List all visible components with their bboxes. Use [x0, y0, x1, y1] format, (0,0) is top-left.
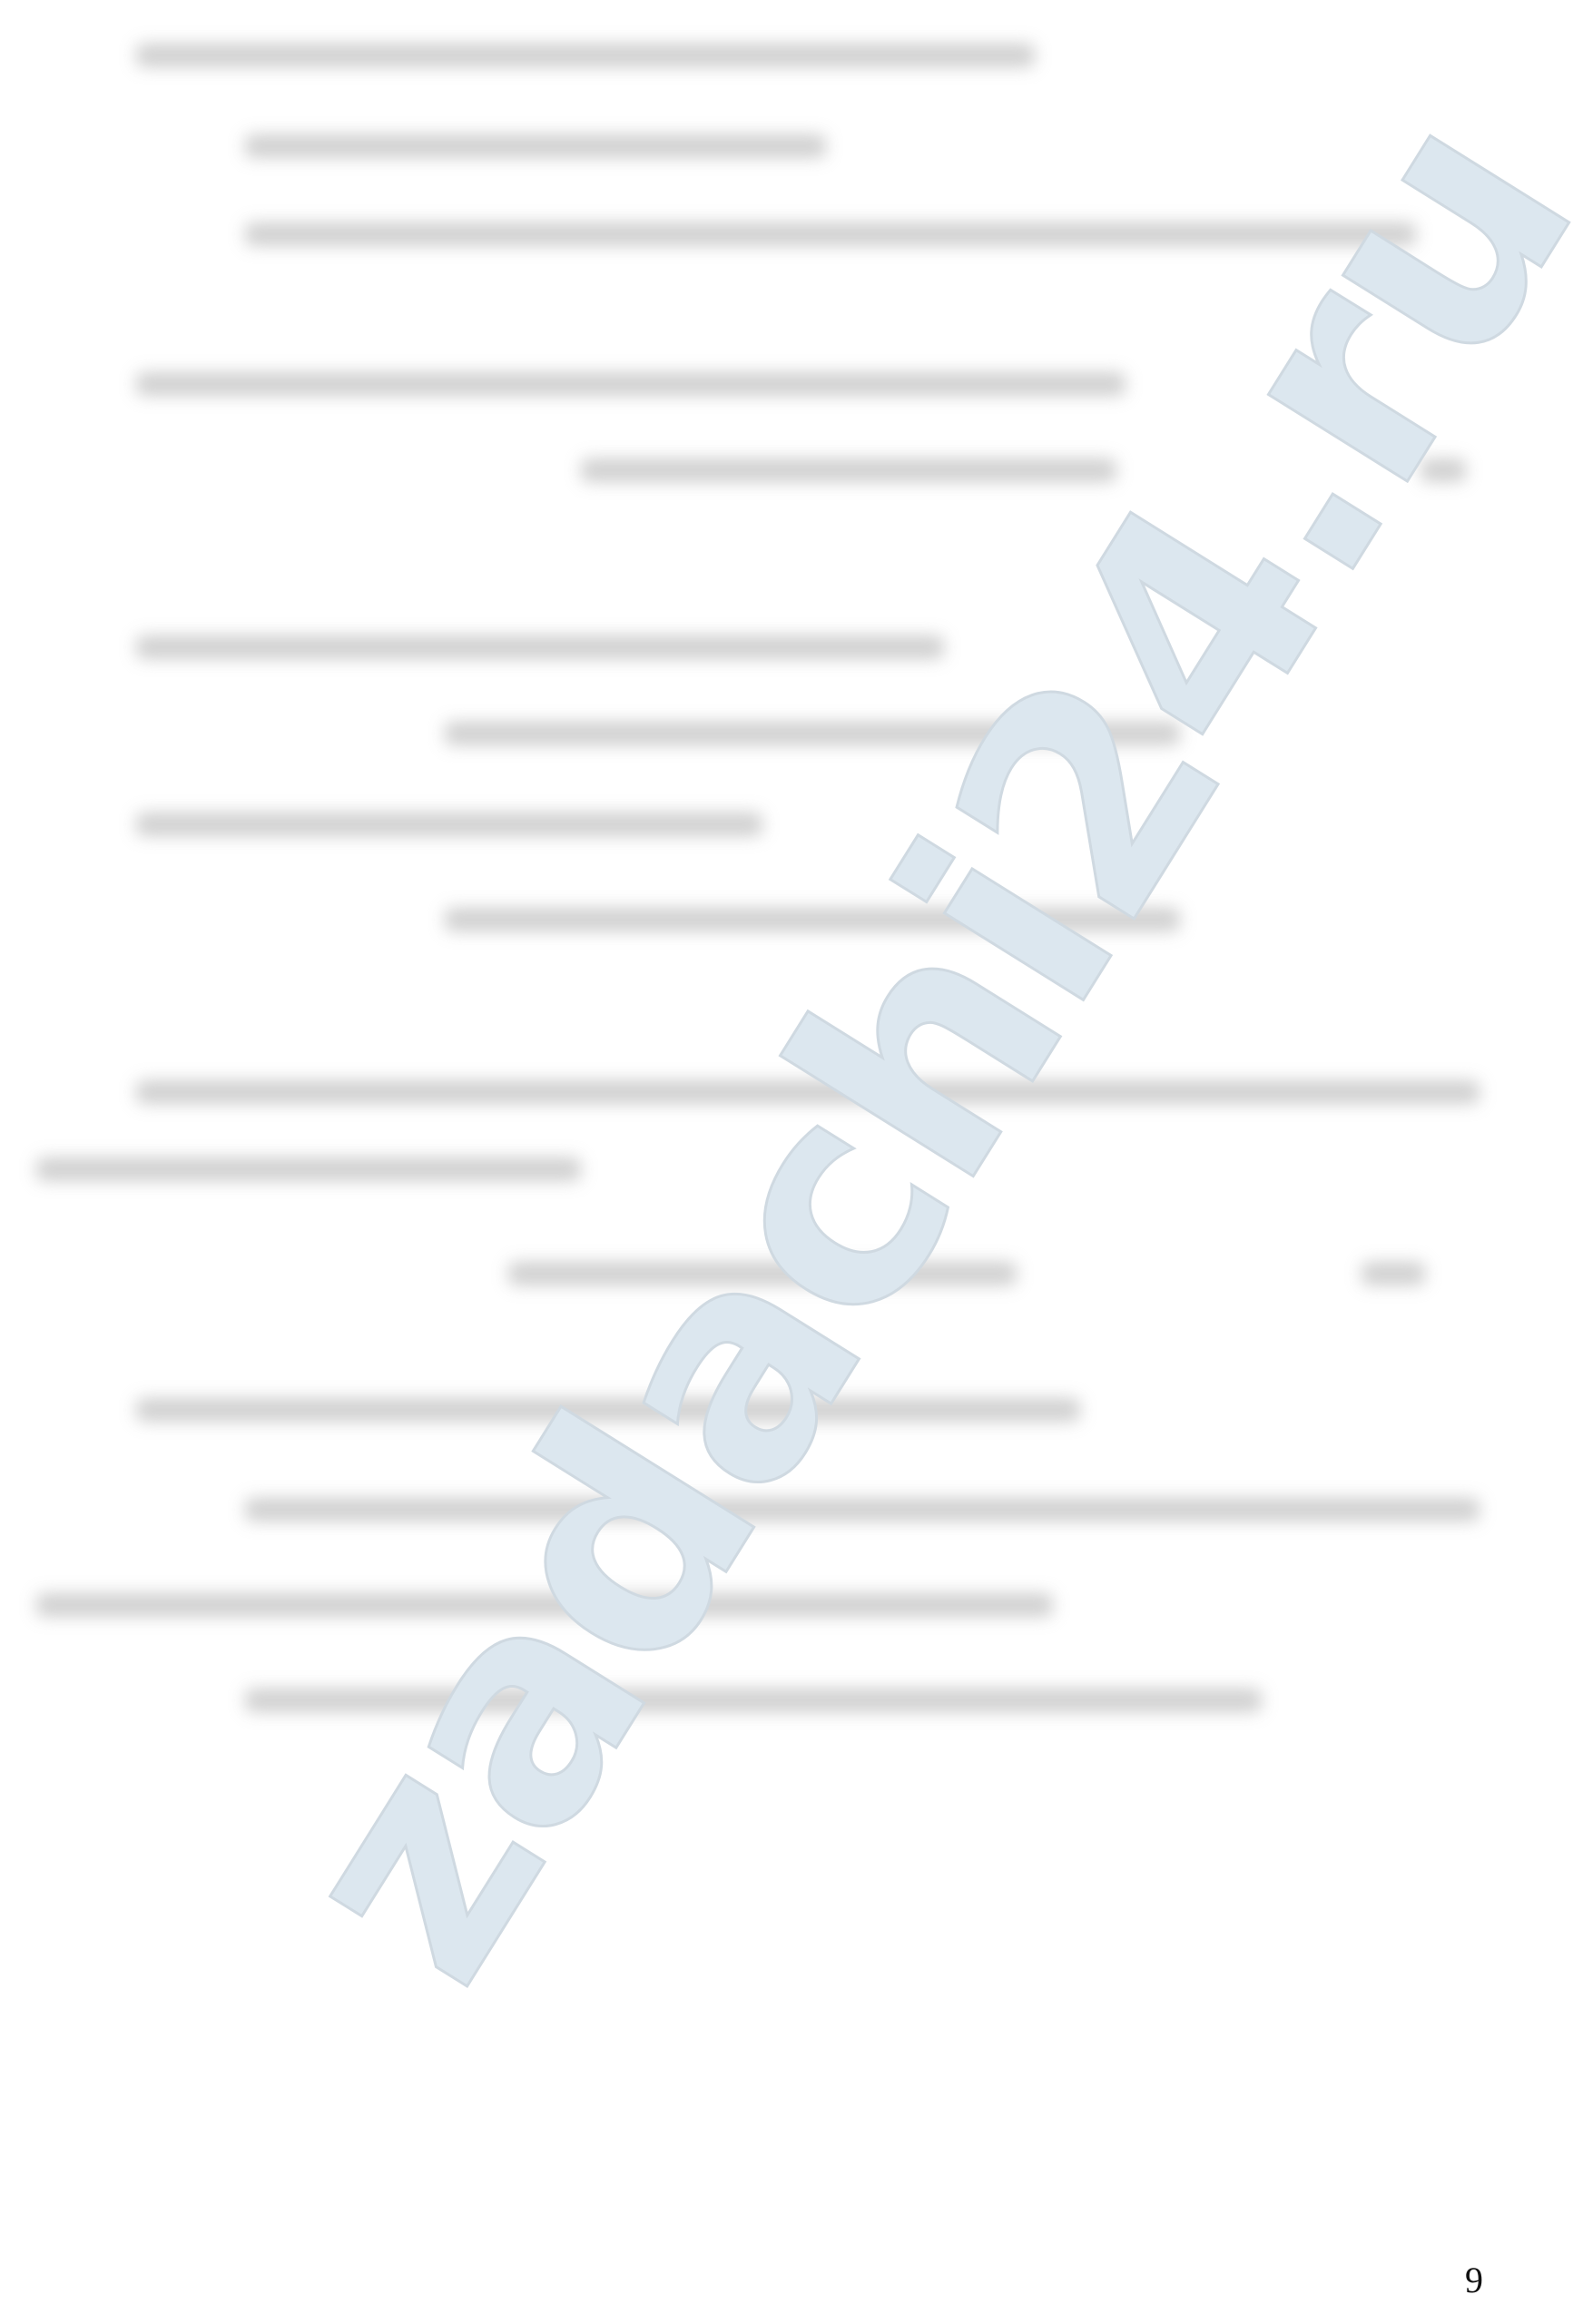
page-number: 9 — [1465, 2259, 1483, 2301]
document-page: zadachi24.ru 9 — [0, 0, 1573, 2324]
